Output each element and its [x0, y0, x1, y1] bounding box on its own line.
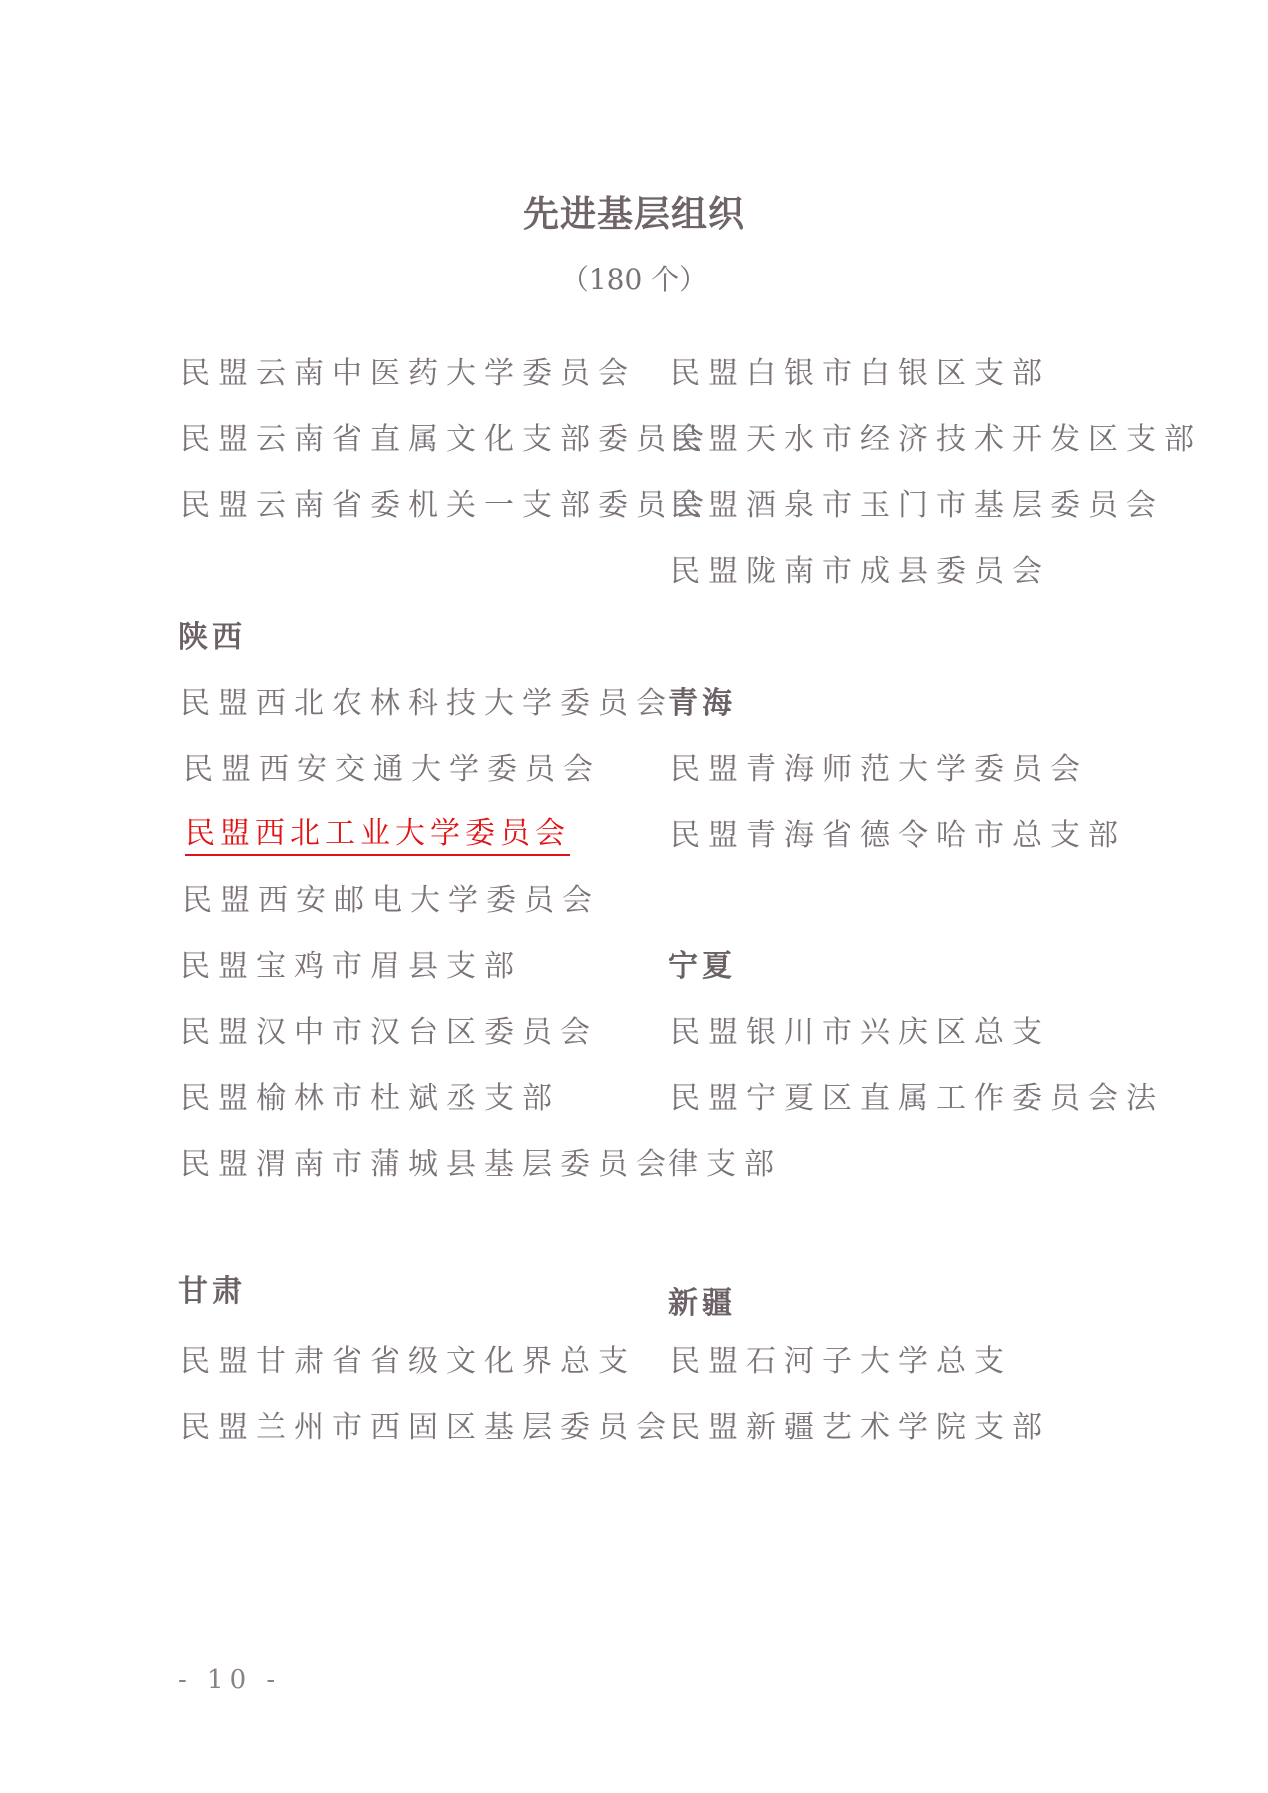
list-item: 民盟新疆艺术学院支部: [670, 1402, 1050, 1446]
page-title: 先进基层组织: [0, 186, 1268, 237]
list-item: 律支部: [668, 1139, 782, 1183]
list-item: 民盟西北农林科技大学委员会: [180, 678, 674, 722]
list-item: 民盟云南省委机关一支部委员会: [180, 480, 712, 524]
list-item: 民盟白银市白银区支部: [670, 348, 1050, 392]
list-item: 民盟云南省直属文化支部委员会: [180, 414, 712, 458]
list-item: 民盟天水市经济技术开发区支部: [670, 414, 1202, 458]
section-heading-gansu: 甘肃: [178, 1266, 246, 1310]
list-item: 民盟银川市兴庆区总支: [670, 1007, 1050, 1051]
list-item: 民盟榆林市杜斌丞支部: [180, 1073, 560, 1117]
list-item: 民盟陇南市成县委员会: [670, 546, 1050, 590]
section-heading-shaanxi: 陕西: [178, 612, 246, 656]
list-item: 民盟酒泉市玉门市基层委员会: [670, 480, 1164, 524]
list-item: 民盟兰州市西固区基层委员会: [180, 1402, 674, 1446]
list-item: 民盟甘肃省省级文化界总支: [180, 1336, 636, 1380]
list-item: 民盟青海省德令哈市总支部: [670, 810, 1126, 854]
page-subtitle-count: （180 个）: [0, 258, 1268, 298]
section-heading-xinjiang: 新疆: [668, 1278, 736, 1322]
list-item: 民盟西安交通大学委员会: [183, 744, 601, 788]
list-item: 民盟石河子大学总支: [670, 1336, 1012, 1380]
list-item: 民盟宝鸡市眉县支部: [180, 941, 522, 985]
list-item: 民盟汉中市汉台区委员会: [180, 1007, 598, 1051]
list-item: 民盟西安邮电大学委员会: [182, 875, 600, 919]
list-item: 民盟宁夏区直属工作委员会法: [670, 1073, 1164, 1117]
list-item: 民盟云南中医药大学委员会: [180, 348, 636, 392]
section-heading-qinghai: 青海: [668, 678, 736, 722]
list-item: 民盟渭南市蒲城县基层委员会: [180, 1139, 674, 1183]
list-item: 民盟青海师范大学委员会: [670, 744, 1088, 788]
highlighted-list-item: 民盟西北工业大学委员会: [185, 816, 570, 856]
page-number: - 10 -: [178, 1665, 281, 1695]
section-heading-ningxia: 宁夏: [668, 941, 736, 985]
